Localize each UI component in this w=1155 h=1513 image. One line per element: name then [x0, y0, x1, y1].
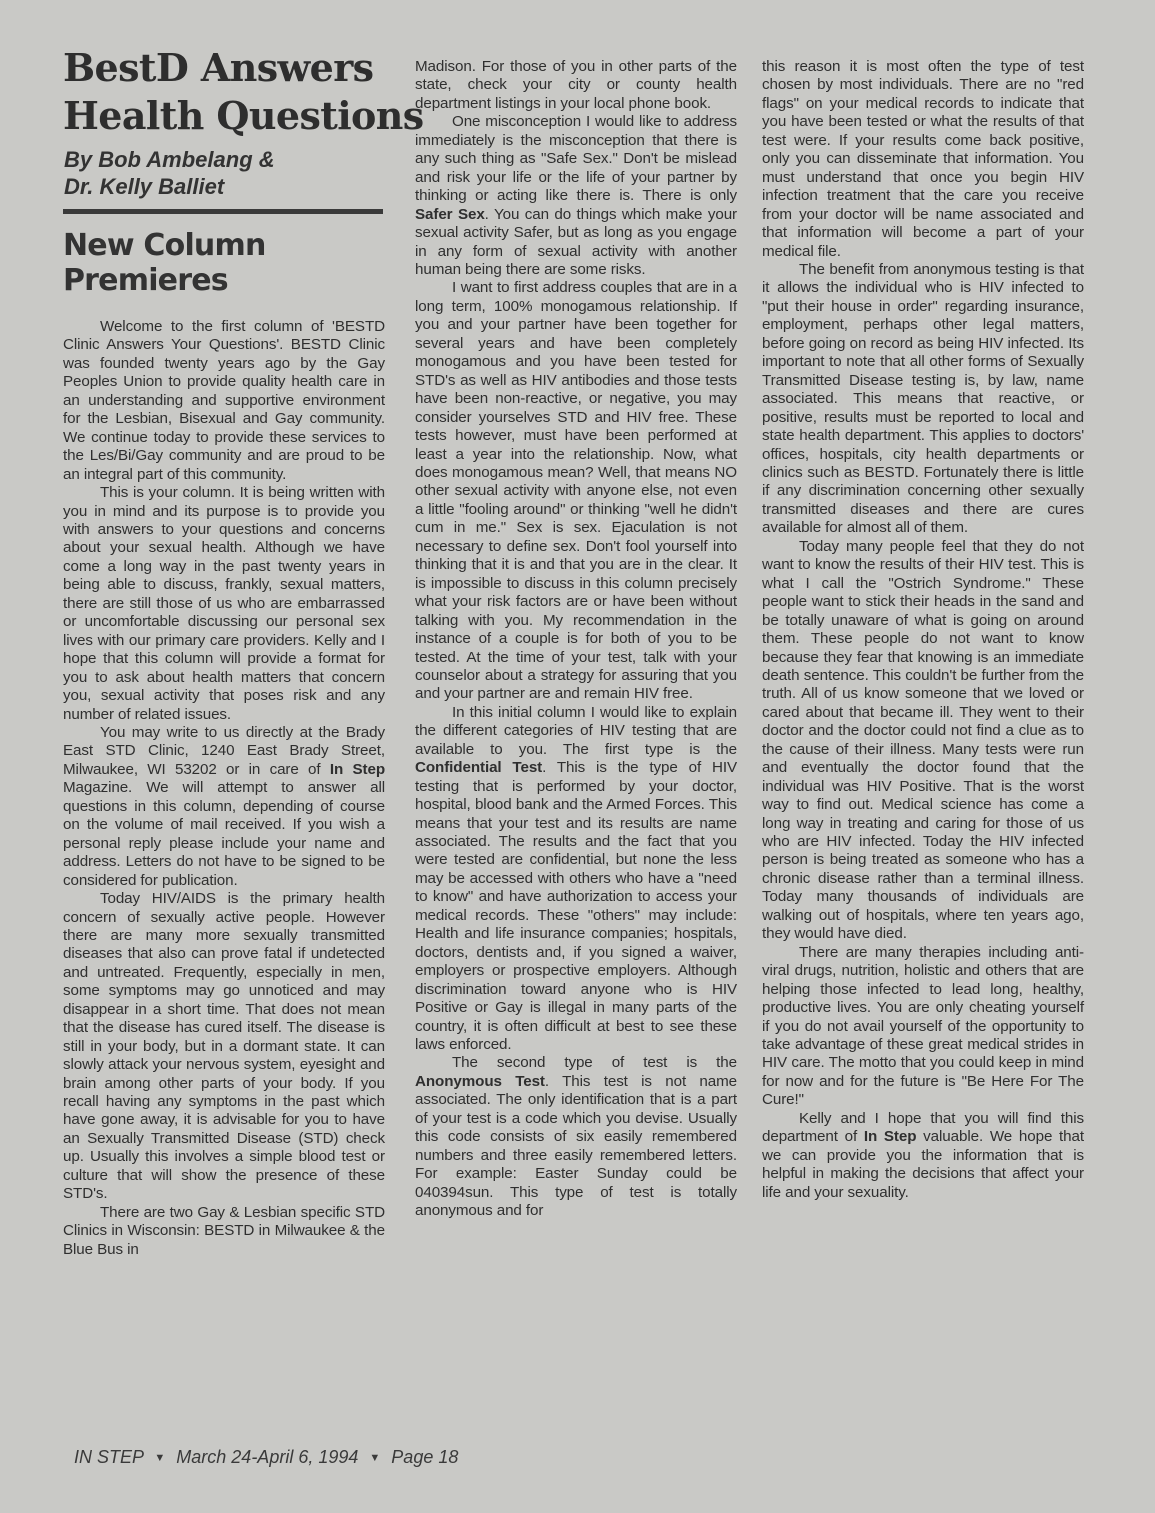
- article-headline: BestD Answers Health Questions: [63, 44, 424, 140]
- article-paragraph: this reason it is most often the type of…: [762, 58, 1084, 261]
- article-paragraph: The second type of test is the Anonymous…: [415, 1054, 737, 1220]
- article-paragraph: The benefit from anonymous testing is th…: [762, 261, 1084, 538]
- article-byline: By Bob Ambelang & Dr. Kelly Balliet: [64, 146, 275, 200]
- triangle-down-icon: ▼: [369, 1452, 380, 1464]
- article-paragraph: Welcome to the first column of 'BESTD Cl…: [63, 318, 385, 484]
- article-paragraph: Kelly and I hope that you will find this…: [762, 1110, 1084, 1202]
- article-subhead: New Column Premieres: [63, 228, 266, 298]
- headline-line-1: BestD Answers: [63, 45, 373, 90]
- article-paragraph: There are two Gay & Lesbian specific STD…: [63, 1204, 385, 1259]
- headline-divider: [63, 209, 383, 214]
- text-column-1: Welcome to the first column of 'BESTD Cl…: [63, 318, 385, 1259]
- headline-line-2: Health Questions: [63, 93, 424, 138]
- article-paragraph: One misconception I would like to addres…: [415, 113, 737, 279]
- footer-page-number: Page 18: [391, 1447, 458, 1467]
- subhead-line-2: Premieres: [63, 263, 228, 298]
- byline-line-1: By Bob Ambelang &: [64, 147, 275, 172]
- text-column-2: Madison. For those of you in other parts…: [415, 58, 737, 1221]
- article-paragraph: I want to first address couples that are…: [415, 279, 737, 703]
- article-paragraph: Madison. For those of you in other parts…: [415, 58, 737, 113]
- triangle-down-icon: ▼: [154, 1452, 165, 1464]
- text-column-3: this reason it is most often the type of…: [762, 58, 1084, 1202]
- byline-line-2: Dr. Kelly Balliet: [64, 174, 224, 199]
- magazine-page: BestD Answers Health Questions By Bob Am…: [0, 0, 1155, 1513]
- article-paragraph: This is your column. It is being written…: [63, 484, 385, 724]
- article-paragraph: Today many people feel that they do not …: [762, 538, 1084, 944]
- page-footer: IN STEP ▼ March 24-April 6, 1994 ▼ Page …: [74, 1447, 458, 1468]
- article-paragraph: You may write to us directly at the Brad…: [63, 724, 385, 890]
- subhead-line-1: New Column: [63, 228, 266, 263]
- article-paragraph: There are many therapies including anti-…: [762, 944, 1084, 1110]
- footer-publication: IN STEP: [74, 1447, 143, 1467]
- footer-dates: March 24-April 6, 1994: [176, 1447, 358, 1467]
- article-paragraph: Today HIV/AIDS is the primary health con…: [63, 890, 385, 1204]
- article-paragraph: In this initial column I would like to e…: [415, 704, 737, 1055]
